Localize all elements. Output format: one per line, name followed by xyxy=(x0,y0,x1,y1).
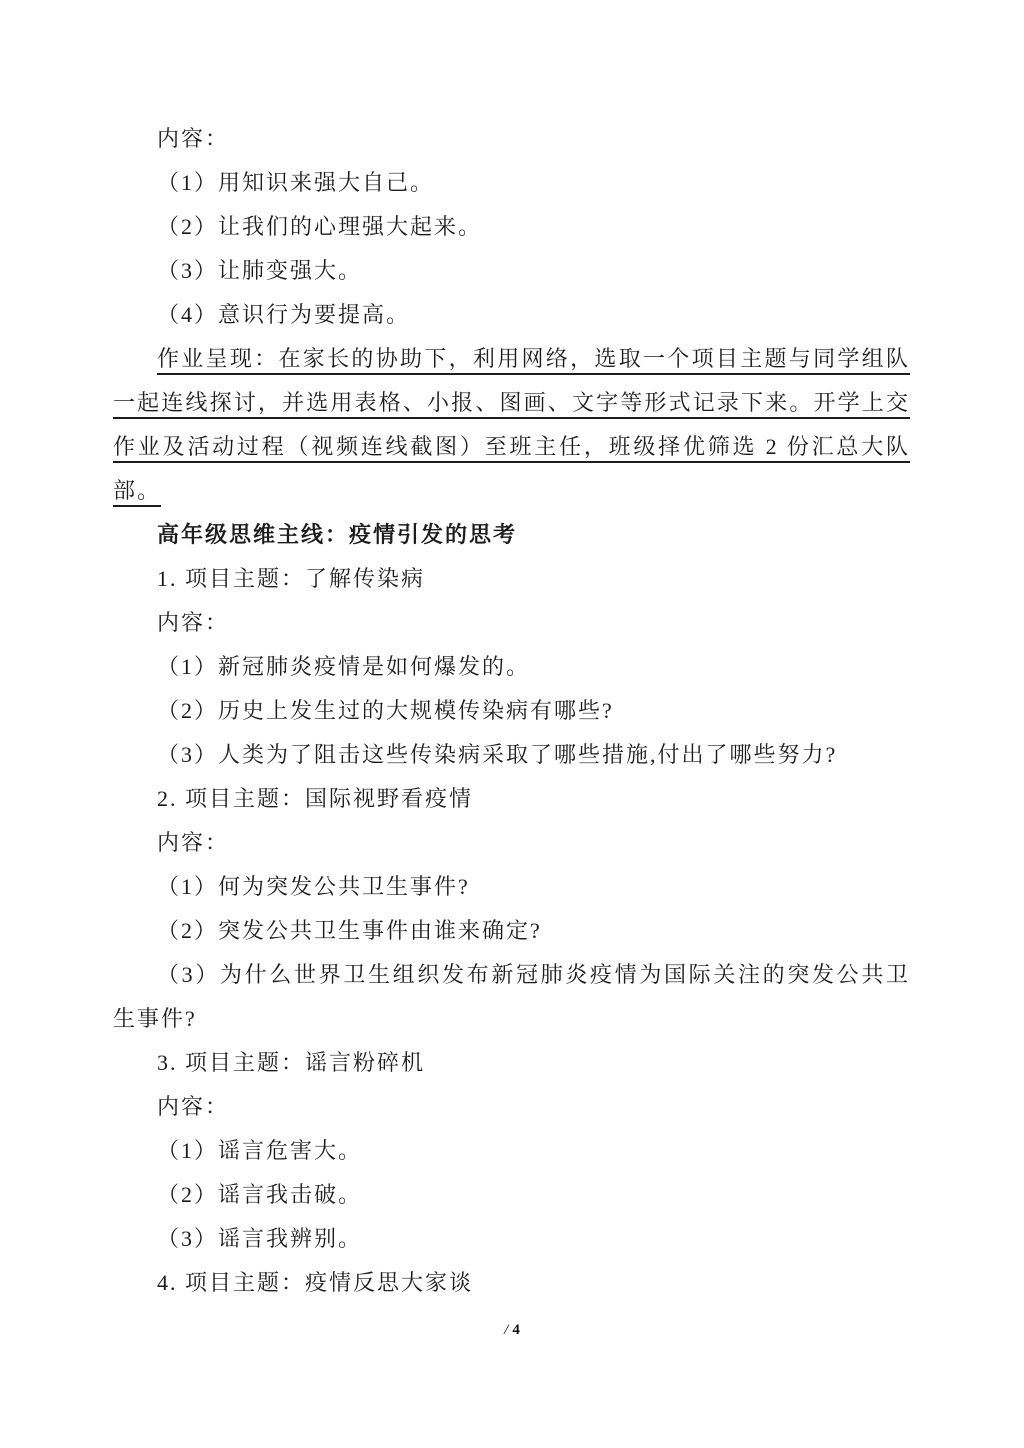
list-item: （1）新冠肺炎疫情是如何爆发的。 xyxy=(113,645,910,689)
list-item: （3）谣言我辨别。 xyxy=(113,1217,910,1261)
content-label: 内容： xyxy=(113,1085,910,1129)
page-number: 4 xyxy=(512,1322,520,1338)
content-label: 内容： xyxy=(113,117,910,161)
list-item: （3）让肺变强大。 xyxy=(113,249,910,293)
list-item: （1）何为突发公共卫生事件? xyxy=(113,865,910,909)
list-item: （3）为什么世界卫生组织发布新冠肺炎疫情为国际关注的突发公共卫生事件? xyxy=(113,953,910,1041)
list-item: （1）用知识来强大自己。 xyxy=(113,161,910,205)
list-item: （4）意识行为要提高。 xyxy=(113,293,910,337)
document-page: 内容： （1）用知识来强大自己。 （2）让我们的心理强大起来。 （3）让肺变强大… xyxy=(0,0,1024,1448)
document-content: 内容： （1）用知识来强大自己。 （2）让我们的心理强大起来。 （3）让肺变强大… xyxy=(113,117,910,1305)
list-item: （2）突发公共卫生事件由谁来确定? xyxy=(113,909,910,953)
list-item: （2）让我们的心理强大起来。 xyxy=(113,205,910,249)
page-number-separator: / xyxy=(504,1322,508,1338)
project-2-title: 2. 项目主题：国际视野看疫情 xyxy=(113,777,910,821)
project-3-title: 3. 项目主题：谣言粉碎机 xyxy=(113,1041,910,1085)
project-1-title: 1. 项目主题：了解传染病 xyxy=(113,557,910,601)
list-item: （2）历史上发生过的大规模传染病有哪些? xyxy=(113,689,910,733)
list-item: （2）谣言我击破。 xyxy=(113,1173,910,1217)
content-label: 内容： xyxy=(113,821,910,865)
list-item: （1）谣言危害大。 xyxy=(113,1129,910,1173)
list-item: （3）人类为了阻击这些传染病采取了哪些措施,付出了哪些努力? xyxy=(113,733,910,777)
section-heading: 高年级思维主线：疫情引发的思考 xyxy=(113,513,910,557)
project-4-title: 4. 项目主题：疫情反思大家谈 xyxy=(113,1261,910,1305)
page-footer: /4 xyxy=(0,1322,1024,1339)
content-label: 内容： xyxy=(113,601,910,645)
homework-presentation-note: 作业呈现：在家长的协助下，利用网络，选取一个项目主题与同学组队一起连线探讨，并选… xyxy=(113,337,910,513)
